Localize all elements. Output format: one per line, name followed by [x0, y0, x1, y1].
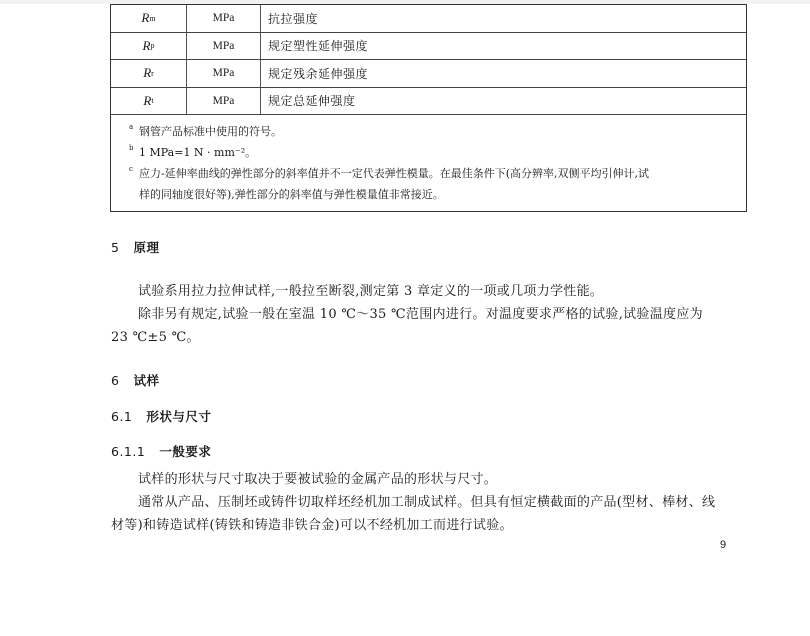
table-row: Rm MPa 抗拉强度 [111, 4, 746, 33]
unit-cell: MPa [187, 5, 261, 32]
footnote-a: a钢管产品标准中使用的符号。 [139, 121, 746, 142]
section-6-1-heading: 6.1形状与尺寸 [111, 407, 211, 425]
section-6-1-1-body: 试样的形状与尺寸取决于要被试验的金属产品的形状与尺寸。 通常从产品、压制坯或铸件… [111, 468, 746, 537]
section-6-heading: 6试样 [111, 371, 159, 389]
table-footnotes: a钢管产品标准中使用的符号。 b1 MPa=1 N · mm⁻²。 c应力-延伸… [111, 115, 746, 212]
symbols-table: Rm MPa 抗拉强度 Rp MPa 规定塑性延伸强度 Rr MPa 规定残余延… [110, 4, 747, 212]
name-cell: 规定塑性延伸强度 [261, 33, 746, 60]
symbol-cell: Rt [111, 88, 187, 115]
symbol-cell: Rr [111, 60, 187, 87]
page-number: 9 [720, 539, 726, 551]
table-row: Rt MPa 规定总延伸强度 [111, 88, 746, 116]
footnote-b: b1 MPa=1 N · mm⁻²。 [139, 142, 746, 163]
name-cell: 规定总延伸强度 [261, 88, 746, 115]
name-cell: 规定残余延伸强度 [261, 60, 746, 87]
symbol-cell: Rm [111, 5, 187, 32]
section-5-body: 试验系用拉力拉伸试样,一般拉至断裂,测定第 3 章定义的一项或几项力学性能。 除… [111, 280, 746, 349]
section-5-heading: 5原理 [111, 238, 159, 256]
unit-cell: MPa [187, 88, 261, 115]
paragraph: 试样的形状与尺寸取决于要被试验的金属产品的形状与尺寸。 [111, 468, 746, 491]
paragraph: 除非另有规定,试验一般在室温 10 ℃～35 ℃范围内进行。对温度要求严格的试验… [111, 303, 746, 326]
name-cell: 抗拉强度 [261, 5, 746, 32]
paragraph-continuation: 材等)和铸造试样(铸铁和铸造非铁合金)可以不经机加工而进行试验。 [111, 514, 746, 537]
unit-cell: MPa [187, 33, 261, 60]
footnote-c: c应力-延伸率曲线的弹性部分的斜率值并不一定代表弹性模量。在最佳条件下(高分辨率… [139, 163, 746, 205]
table-row: Rp MPa 规定塑性延伸强度 [111, 33, 746, 61]
paragraph: 通常从产品、压制坯或铸件切取样坯经机加工制成试样。但具有恒定横截面的产品(型材、… [111, 491, 746, 514]
section-6-1-1-heading: 6.1.1一般要求 [111, 442, 211, 460]
unit-cell: MPa [187, 60, 261, 87]
table-row: Rr MPa 规定残余延伸强度 [111, 60, 746, 88]
paragraph: 试验系用拉力拉伸试样,一般拉至断裂,测定第 3 章定义的一项或几项力学性能。 [111, 280, 746, 303]
paragraph-continuation: 23 ℃±5 ℃。 [111, 326, 746, 349]
symbol-cell: Rp [111, 33, 187, 60]
